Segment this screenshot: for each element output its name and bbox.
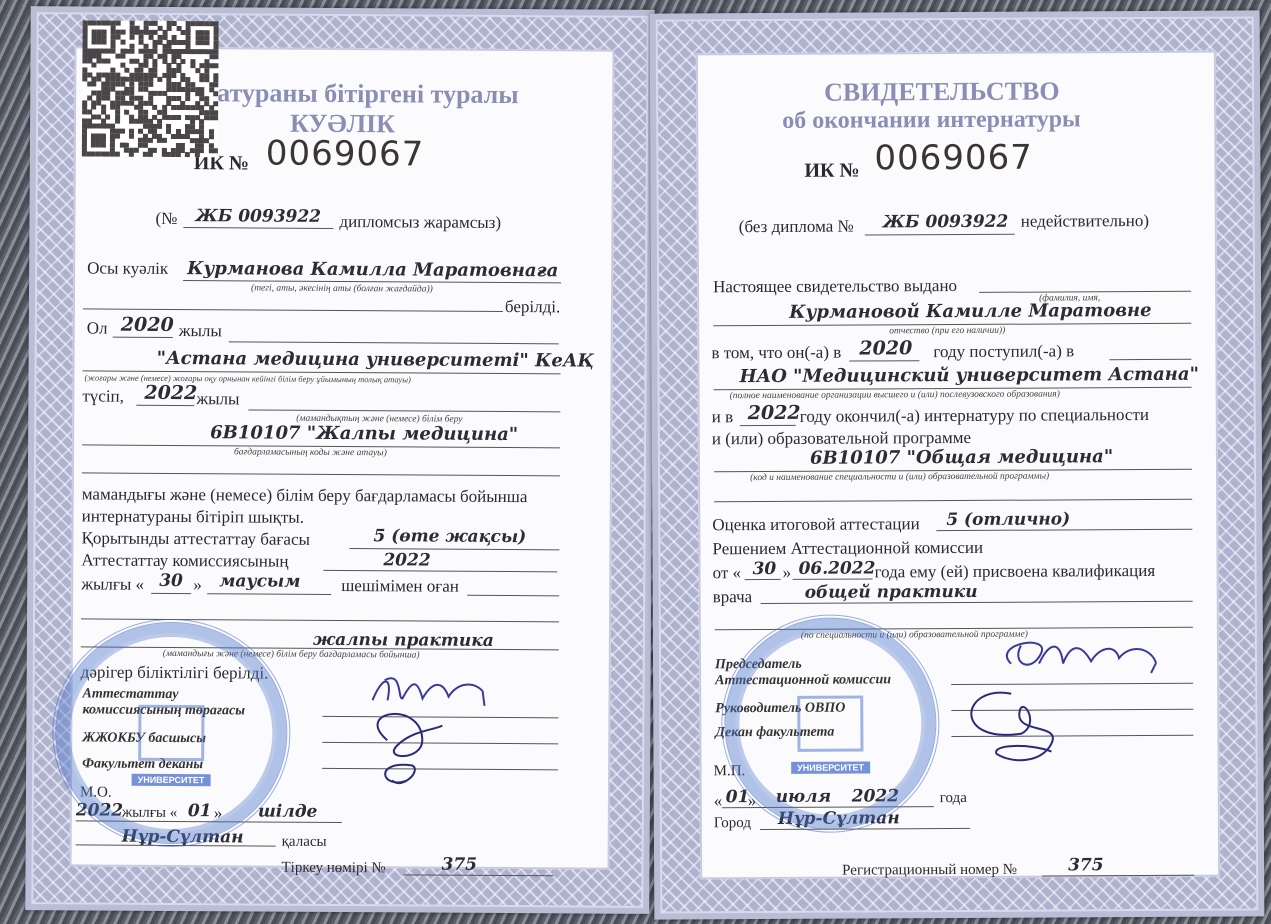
entered-prefix: в том, что он(-а) в [711,343,841,364]
diploma-label: (№ [155,209,177,229]
certificate-page-russian: СВИДЕТЕЛЬСТВО об окончании интернатуры И… [650,10,1265,919]
graduated-year: 2022 [748,403,801,423]
commission-year: 2022 [383,550,430,570]
year-suffix: жылы [179,321,222,341]
hint-text: (тегі, аты, әкесінің аты (болған жағдайд… [251,283,433,295]
cert-number: 0069067 [266,144,425,165]
city-suffix: қаласы [282,832,327,852]
stamp-building-icon [138,705,204,761]
grade-value: 5 (өте жақсы) [373,526,526,547]
program-name: 6В10107 "Общая медицина" [810,447,1113,469]
hint-text: (полное наименование организации высшего… [730,389,1060,402]
certificate-page-kazakh: ернатураны бітіргені туралы КУӘЛІК ИК № … [25,6,655,914]
diploma-invalid-note: недействительно) [1021,211,1149,232]
reg-number: 375 [441,855,477,875]
issue-open: « [714,791,723,811]
reg-number: 375 [1068,855,1104,875]
program-label: и (или) образовательной программе [712,428,971,449]
university-stamp: УНИВЕРСИТЕТ [52,618,291,847]
decision-month: маусым [219,571,300,591]
issue-month: шілде [258,802,318,822]
page-subtitle: об окончании интернатуры [782,109,1081,131]
decision-month: 06.2022 [798,558,875,578]
university-stamp: УНИВЕРСИТЕТ [721,614,940,833]
date-suffix: года ему (ей) присвоена квалификация [875,561,1156,582]
graduated-year: 2022 [144,383,197,403]
qualification-value: общей практики [805,582,978,603]
date-mid: » [783,563,792,583]
issued-suffix: берілді. [505,297,560,317]
hint-text: отчество (при его наличии)) [889,326,1005,338]
cert-prefix: ИК № [804,161,859,181]
hint-text: (код и наименование специальности и (или… [750,472,1049,485]
grade-value: 5 (отлично) [946,509,1070,530]
entered-year: 2020 [859,338,912,358]
stamp-band: УНИВЕРСИТЕТ [791,762,870,774]
signature-chair [951,633,1182,764]
decision-suffix: шешімімен оған [341,576,459,597]
recipient-name: Курмановой Камилле Маратовне [789,301,1152,323]
decision-day: 30 [752,559,776,579]
date-mid: » [193,575,202,595]
decision-label: Решением Аттестационной комиссии [712,538,983,559]
diploma-number: ЖБ 0093922 [195,206,321,227]
hint-text: (жоғары және (немесе) жоғары оқу орнынан… [84,372,410,385]
graduated-label: түсіп, [82,386,124,406]
page-subtitle: КУӘЛІК [290,114,395,135]
signature-chair [362,670,523,801]
program-name: 6В10107 "Жалпы медицина" [210,423,518,445]
issue-suffix: года [940,788,967,808]
completed-text: мамандығы және (немесе) білім беру бағда… [82,484,528,507]
certificate-body: ернатураны бітіргені туралы КУӘЛІК ИК № … [70,46,615,869]
entered-suffix: году поступил(-а) в [933,341,1074,362]
diploma-invalid-note: дипломсыз жарамсыз) [339,212,501,233]
date-prefix: от « [713,563,742,583]
entered-label: Ол [87,318,108,338]
graduated-prefix: и в [712,407,733,427]
stamp-band: УНИВЕРСИТЕТ [132,774,211,786]
graduated-suffix: году окончил(-а) интернатуру по специаль… [800,405,1149,427]
reg-label: Регистрационный номер № [842,860,1017,881]
decision-day: 30 [159,571,183,591]
completed-text: интернатураны бітіріп шықты. [82,506,304,527]
issued-to-label: Осы куәлік [87,258,168,278]
diploma-label: (без диплома № [739,217,854,238]
hint-text: бағдарламасының коды және атауы) [234,447,387,459]
qr-code [82,20,219,157]
doctor-label: врача [713,587,753,607]
commission-label: Аттестаттау комиссиясының [81,550,288,571]
cert-number: 0069067 [874,148,1033,169]
university-name: НАО "Медицинский университет Астана" [739,365,1199,387]
certificate-body: СВИДЕТЕЛЬСТВО об окончании интернатуры И… [696,51,1220,880]
entered-year: 2020 [121,315,174,335]
issued-label: Настоящее свидетельство выдано [713,276,957,297]
recipient-name: Курманова Камилла Маратовнаға [187,259,558,281]
page-title: СВИДЕТЕЛЬСТВО [824,81,1060,102]
diploma-number: ЖБ 0093922 [883,212,1009,233]
year-suffix: жылы [196,389,239,409]
date-prefix: жылғы « [81,574,144,594]
grade-label: Оценка итоговой аттестации [712,514,919,535]
university-name: "Астана медицина университеті" КеАҚ [157,349,594,372]
grade-label: Қорытынды аттестаттау бағасы [81,528,310,549]
city-label: Город [714,813,751,833]
page-title: ернатураны бітіргені туралы [176,83,518,105]
reg-label: Тіркеу нөмірі № [281,858,385,879]
stamp-building-icon [797,695,863,751]
